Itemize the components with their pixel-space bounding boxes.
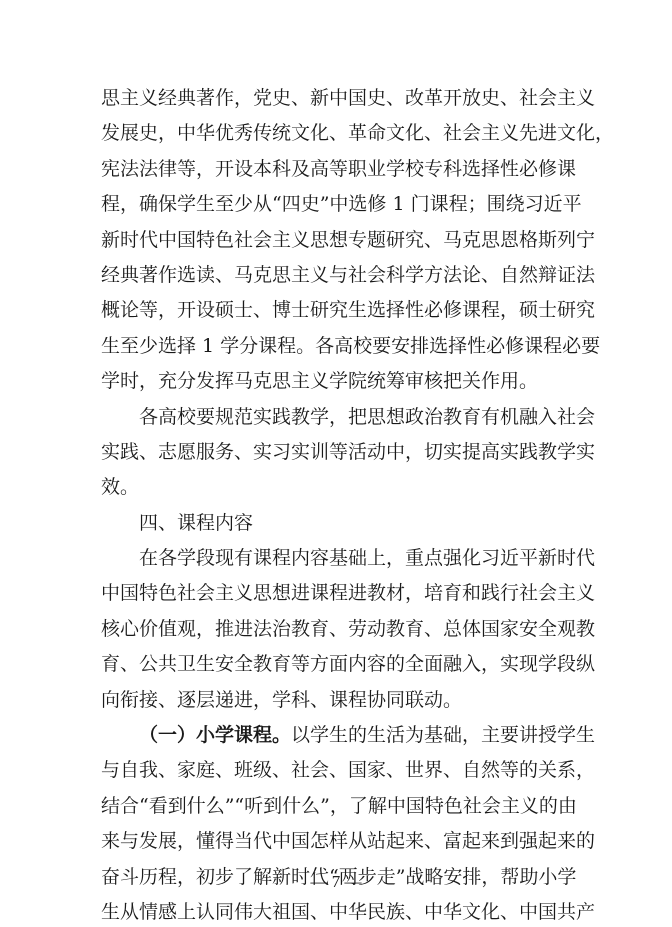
paragraph-first-line: （一）小学课程。以学生的生活为基础，主要讲授学生	[101, 718, 575, 753]
text-line: 结合“看到什么”“听到什么”，了解中国特色社会主义的由	[101, 789, 575, 824]
text-line: 学时，充分发挥马克思主义学院统筹审核把关作用。	[101, 364, 575, 399]
text-line: 中国特色社会主义思想进课程进教材，培育和践行社会主义	[101, 576, 575, 611]
text-line: 效。	[101, 470, 575, 505]
text-line: 经典著作选读、马克思主义与社会科学方法论、自然辩证法	[101, 258, 575, 293]
text-line: 育、公共卫生安全教育等方面内容的全面融入，实现学段纵	[101, 647, 575, 682]
text-line: 核心价值观，推进法治教育、劳动教育、总体国家安全观教	[101, 612, 575, 647]
text-line: 生至少选择 1 学分课程。各高校要安排选择性必修课程必要	[101, 329, 575, 364]
text-line: 概论等，开设硕士、博士研究生选择性必修课程，硕士研究	[101, 293, 575, 328]
text-line: 程，确保学生至少从“四史”中选修 1 门课程；围绕习近平	[101, 187, 575, 222]
text-line: 发展史，中华优秀传统文化、革命文化、社会主义先进文化，	[101, 116, 575, 151]
text-line: 来与发展，懂得当代中国怎样从站起来、富起来到强起来的	[101, 824, 575, 859]
paragraph-first-line: 在各学段现有课程内容基础上，重点强化习近平新时代	[101, 541, 575, 576]
page-number: — 7 —	[0, 872, 672, 892]
subsection-lead: （一）小学课程。	[139, 724, 291, 746]
body-text: 思主义经典著作，党史、新中国史、改革开放史、社会主义 发展史，中华优秀传统文化、…	[101, 81, 575, 927]
text-line: 新时代中国特色社会主义思想专题研究、马克思恩格斯列宁	[101, 223, 575, 258]
text-line: 实践、志愿服务、实习实训等活动中，切实提高实践教学实	[101, 435, 575, 470]
document-page: 思主义经典著作，党史、新中国史、改革开放史、社会主义 发展史，中华优秀传统文化、…	[0, 0, 672, 927]
text-line: 与自我、家庭、班级、社会、国家、世界、自然等的关系，	[101, 753, 575, 788]
text-line: 思主义经典著作，党史、新中国史、改革开放史、社会主义	[101, 81, 575, 116]
paragraph-first-line: 各高校要规范实践教学，把思想政治教育有机融入社会	[101, 400, 575, 435]
text-line: 宪法法律等，开设本科及高等职业学校专科选择性必修课	[101, 152, 575, 187]
text-line: 向衔接、逐层递进，学科、课程协同联动。	[101, 683, 575, 718]
text-line: 生从情感上认同伟大祖国、中华民族、中华文化、中国共产	[101, 895, 575, 927]
text-span: 以学生的生活为基础，主要讲授学生	[291, 724, 595, 746]
section-heading: 四、课程内容	[101, 506, 575, 541]
